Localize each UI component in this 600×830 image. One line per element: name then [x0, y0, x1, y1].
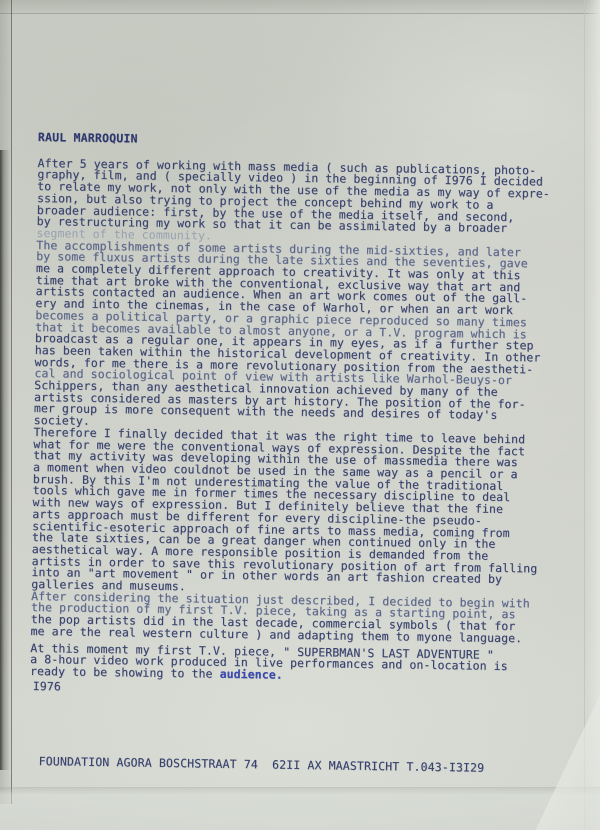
typed-segment: audience. — [220, 667, 283, 682]
paper-left-edge-dark-crease — [0, 150, 10, 770]
paragraph: After considering the situation just des… — [31, 591, 572, 646]
typed-content: RAUL MARROQUIN After 5 years of working … — [29, 132, 578, 776]
typed-segment: ready to be showing to the — [30, 664, 220, 681]
paper-top-edge-shadow — [0, 0, 600, 14]
document-body: After 5 years of working with mass media… — [30, 158, 578, 686]
paper-bottom-fold-crease — [0, 787, 600, 830]
photo-background: RAUL MARROQUIN After 5 years of working … — [0, 0, 600, 830]
paragraph: Therefore I finally decided that it was … — [31, 427, 573, 599]
paragraph: At this moment my first T.V. piece, " SU… — [30, 642, 570, 685]
paragraph: After 5 years of working with mass media… — [36, 158, 577, 248]
paragraph: The accomplishments of some artists duri… — [34, 240, 577, 435]
